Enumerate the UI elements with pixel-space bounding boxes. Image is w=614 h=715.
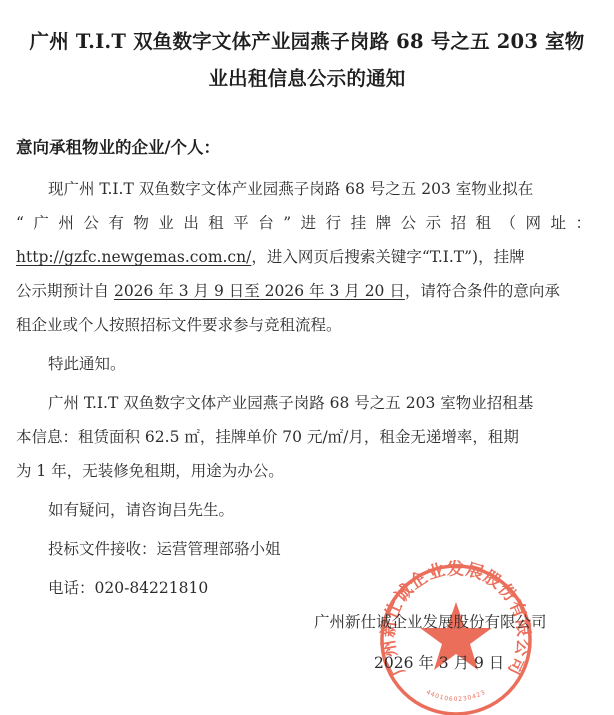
paragraph-1-line-1: 现广州 T.I.T 双鱼数字文体产业园燕子岗路 68 号之五 203 室物业拟在 <box>48 177 533 199</box>
listing-period-dates: 2026 年 3 月 9 日至 2026 年 3 月 20 日 <box>114 282 405 300</box>
paragraph-1-line-3-rest: ，进入网页后搜索关键字“T.I.T”)，挂牌 <box>251 248 524 266</box>
document-title-line-2: 业出租信息公示的通知 <box>0 63 614 91</box>
paragraph-2-line-1: 广州 T.I.T 双鱼数字文体产业园燕子岗路 68 号之五 203 室物业招租基 <box>48 391 533 413</box>
signature-date: 2026 年 3 月 9 日 <box>374 651 504 673</box>
document-title-line-1: 广州 T.I.T 双鱼数字文体产业园燕子岗路 68 号之五 203 室物 <box>0 26 614 54</box>
submission-contact: 投标文件接收：运营管理部骆小姐 <box>48 537 281 559</box>
paragraph-1-line-4: 公示期预计自 2026 年 3 月 9 日至 2026 年 3 月 20 日，请… <box>16 279 560 301</box>
signature-company: 广州新仕诚企业发展股份有限公司 <box>314 610 547 632</box>
paragraph-2-line-3: 为 1 年，无装修免租期，用途为办公。 <box>16 459 284 481</box>
paragraph-1-line-3: http://gzfc.newgemas.com.cn/，进入网页后搜索关键字“… <box>16 245 525 267</box>
company-seal-icon: 广州新仕诚企业发展股份有限公司 4401060230423 <box>376 560 536 715</box>
salutation: 意向承租物业的企业/个人： <box>16 134 220 158</box>
notice-text: 特此通知。 <box>48 352 126 374</box>
paragraph-1-line-2: “广州公有物业出租平台”进行挂牌公示招租（网址： <box>16 211 591 233</box>
svg-text:4401060230423: 4401060230423 <box>425 689 487 703</box>
listing-period-prefix: 公示期预计自 <box>16 282 109 300</box>
platform-url-link[interactable]: http://gzfc.newgemas.com.cn/ <box>16 248 251 266</box>
paragraph-2-line-2: 本信息：租赁面积 62.5 ㎡，挂牌单价 70 元/㎡/月，租金无递增率，租期 <box>16 425 519 447</box>
phone-number: 电话：020-84221810 <box>48 576 208 598</box>
paragraph-1-line-5: 租企业或个人按照招标文件要求参与竞租流程。 <box>16 313 342 335</box>
paragraph-1-line-4-rest: ，请符合条件的意向承 <box>405 282 560 300</box>
inquiry-contact: 如有疑问，请咨询吕先生。 <box>48 498 234 520</box>
